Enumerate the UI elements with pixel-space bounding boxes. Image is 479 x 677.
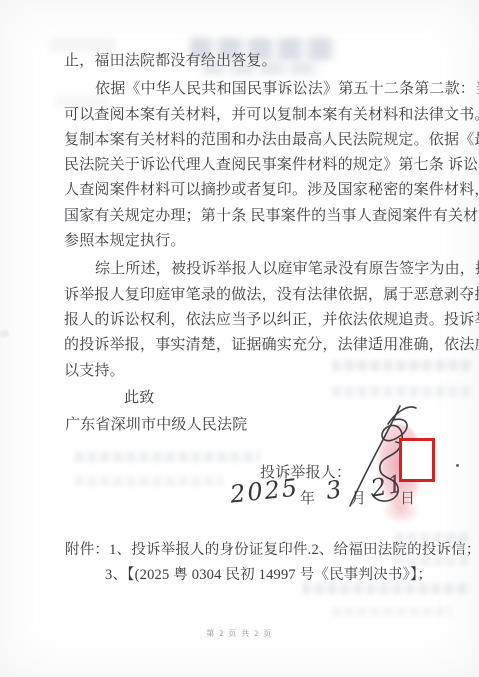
- body-line: 的投诉举报，事实清楚，证据确实充分，法律适用准确，依法应当予: [64, 333, 464, 358]
- body-line: 复制本案有关材料的范围和办法由最高人民法院规定。依据《最高人: [64, 128, 464, 153]
- scanned-complaint-letter-page: 止，福田法院都没有给出答复。依据《中华人民共和国民事诉讼法》第五十二条第二款：当…: [0, 0, 479, 677]
- closing-salutation: 此致: [124, 386, 154, 407]
- ink-dot: [456, 464, 459, 467]
- body-line: 止，福田法院都没有给出答复。: [64, 49, 464, 74]
- bleed-through-mark: [332, 386, 470, 397]
- attachments-line-1: 附件：1、投诉举报人的身份证复印件.2、给福田法院的投诉信；: [65, 538, 479, 559]
- year-unit-label: 年: [300, 487, 315, 508]
- bleed-through-mark: [302, 583, 470, 594]
- bleed-through-mark: [332, 607, 452, 616]
- body-line: 参照本规定执行。: [64, 229, 464, 254]
- attachments-line-2: 3、【(2025 粤 0304 民初 14997 号《民事判决书》】；: [105, 563, 432, 584]
- body-line: 依据《中华人民共和国民事诉讼法》第五十二条第二款：当事人: [64, 77, 464, 102]
- body-line: 人查阅案件材料可以摘抄或者复印。涉及国家秘密的案件材料，依照: [64, 178, 464, 203]
- redaction-box: [399, 438, 435, 482]
- body-line: 综上所述，被投诉举报人以庭审笔录没有原告签字为由，拒绝投: [64, 257, 464, 282]
- handwritten-year: 2025: [229, 473, 301, 508]
- body-line: 民法院关于诉讼代理人查阅民事案件材料的规定》第七条 诉讼代理: [64, 153, 464, 178]
- body-line: 国家有关规定办理；第十条 民事案件的当事人查阅案件有关材料的，: [64, 204, 464, 229]
- bleed-through-mark: [75, 452, 260, 462]
- addressee-court-name: 广东省深圳市中级人民法院: [65, 413, 247, 434]
- scan-edge-mark: [0, 330, 9, 337]
- body-line: 以支持。: [64, 359, 464, 384]
- body-line: 可以查阅本案有关材料，并可以复制本案有关材料和法律文书。查阅、: [64, 103, 464, 128]
- body-line: 报人的诉讼权利，依法应当予以纠正，并依法依规追责。投诉举报人: [64, 308, 464, 333]
- body-line: 诉举报人复印庭审笔录的做法，没有法律依据，属于恶意剥夺投诉举: [64, 283, 464, 308]
- page-number-footer: 第 2 页 共 2 页: [0, 628, 479, 639]
- bleed-through-mark: [75, 477, 223, 486]
- body-text: 止，福田法院都没有给出答复。依据《中华人民共和国民事诉讼法》第五十二条第二款：当…: [64, 49, 464, 384]
